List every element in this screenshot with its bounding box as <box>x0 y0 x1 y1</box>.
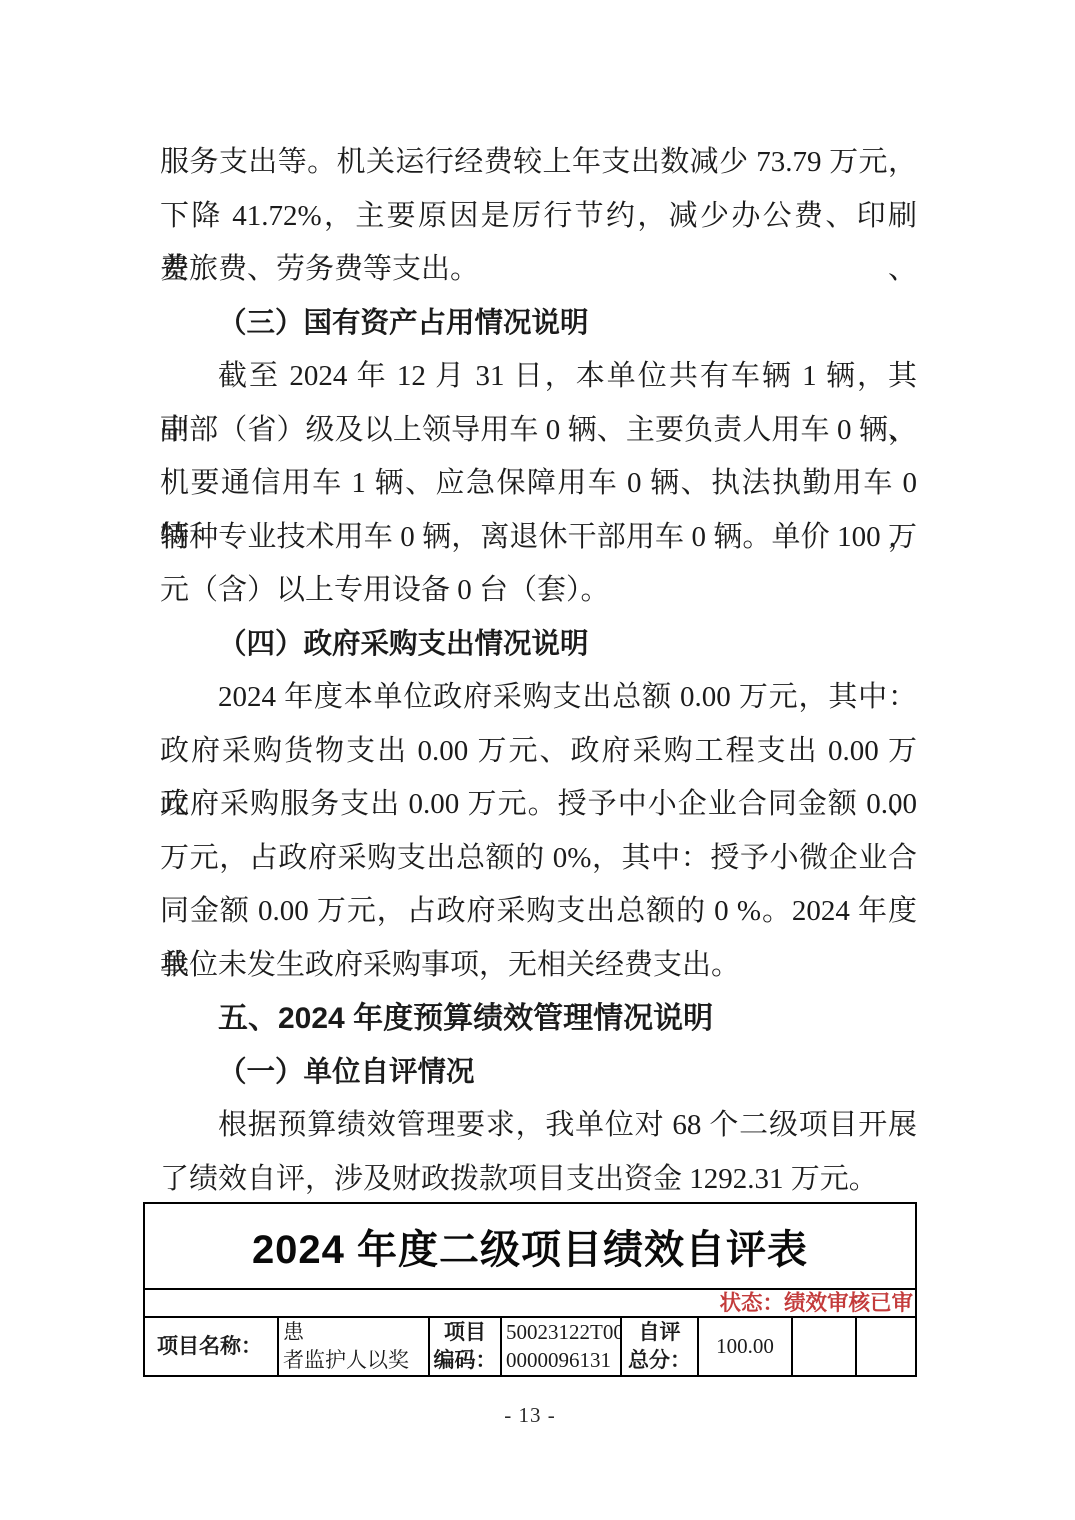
body-line: 机要通信用车 1 辆、应急保障用车 0 辆、执法执勤用车 0 辆， <box>160 457 917 511</box>
table-status-row: 状态：绩效审核已审 <box>145 1288 915 1316</box>
body-line: 单位未发生政府采购事项，无相关经费支出。 <box>160 939 917 993</box>
performance-self-evaluation-table: 2024 年度二级项目绩效自评表 状态：绩效审核已审 项目名称： 严重精神障碍患… <box>143 1202 917 1377</box>
table-title: 2024 年度二级项目绩效自评表 <box>252 1218 808 1275</box>
body-line: 元（含）以上专用设备 0 台（套）。 <box>160 564 917 618</box>
section-heading-3: （三）国有资产占用情况说明 <box>160 297 917 351</box>
self-score-label-cell: 自评 总分： <box>620 1318 697 1375</box>
body-line: 副部（省）级及以上领导用车 0 辆、主要负责人用车 0 辆、 <box>160 404 917 458</box>
body-line: 万元，占政府采购支出总额的 0%，其中：授予小微企业合 <box>160 832 917 886</box>
table-row: 项目名称： 严重精神障碍患 者监护人以奖代 项目 编码： 50023122T00… <box>145 1316 915 1375</box>
project-name-label: 项目名称： <box>157 1333 262 1361</box>
self-score-value: 100.00 <box>716 1333 774 1361</box>
project-name-value-line2: 者监护人以奖代 <box>283 1347 428 1376</box>
table-title-row: 2024 年度二级项目绩效自评表 <box>145 1204 915 1288</box>
body-line: 下降 41.72%，主要原因是厉行节约，减少办公费、印刷费、 <box>160 190 917 244</box>
project-name-value-line1: 严重精神障碍患 <box>283 1318 428 1347</box>
project-name-value-cell: 严重精神障碍患 者监护人以奖代 <box>277 1318 428 1375</box>
self-score-label-line2: 总分： <box>628 1347 691 1375</box>
project-code-value-line2: 0000096131 <box>506 1347 611 1375</box>
body-line: 了绩效自评，涉及财政拨款项目支出资金 1292.31 万元。 <box>160 1153 917 1207</box>
self-score-value-cell: 100.00 <box>697 1318 791 1375</box>
empty-cell <box>855 1318 915 1375</box>
project-name-label-cell: 项目名称： <box>145 1318 277 1375</box>
project-code-label-cell: 项目 编码： <box>428 1318 500 1375</box>
body-line: 服务支出等。机关运行经费较上年支出数减少 73.79 万元， <box>160 136 917 190</box>
document-body: 服务支出等。机关运行经费较上年支出数减少 73.79 万元， 下降 41.72%… <box>160 136 917 1206</box>
body-line: 根据预算绩效管理要求，我单位对 68 个二级项目开展 <box>160 1099 917 1153</box>
self-score-label-line1: 自评 <box>639 1319 681 1347</box>
empty-cell <box>791 1318 855 1375</box>
body-line: 同金额 0.00 万元，占政府采购支出总额的 0 %。2024 年度我 <box>160 885 917 939</box>
page-number: - 13 - <box>143 1403 917 1428</box>
body-line: 政府采购货物支出 0.00 万元、政府采购工程支出 0.00 万元、 <box>160 725 917 779</box>
body-line: 2024 年度本单位政府采购支出总额 0.00 万元，其中： <box>160 671 917 725</box>
status-badge: 状态：绩效审核已审 <box>719 1290 913 1316</box>
section-heading-4: （四）政府采购支出情况说明 <box>160 618 917 672</box>
section-heading-5: 五、2024 年度预算绩效管理情况说明 <box>160 992 917 1046</box>
body-line: 政府采购服务支出 0.00 万元。授予中小企业合同金额 0.00 <box>160 778 917 832</box>
project-code-value-cell: 50023122T00 0000096131 <box>500 1318 620 1375</box>
document-page: { "body": { "lines": [ "服务支出等。机关运行经费较上年支… <box>0 0 1075 1520</box>
project-code-label-line1: 项目 <box>444 1319 486 1347</box>
body-line: 截至 2024 年 12 月 31 日，本单位共有车辆 1 辆，其中， <box>160 350 917 404</box>
project-code-value-line1: 50023122T00 <box>506 1319 620 1347</box>
body-line: 特种专业技术用车 0 辆，离退休干部用车 0 辆。单价 100 万 <box>160 511 917 565</box>
subsection-heading-1: （一）单位自评情况 <box>160 1046 917 1100</box>
project-code-label-line2: 编码： <box>434 1347 497 1375</box>
